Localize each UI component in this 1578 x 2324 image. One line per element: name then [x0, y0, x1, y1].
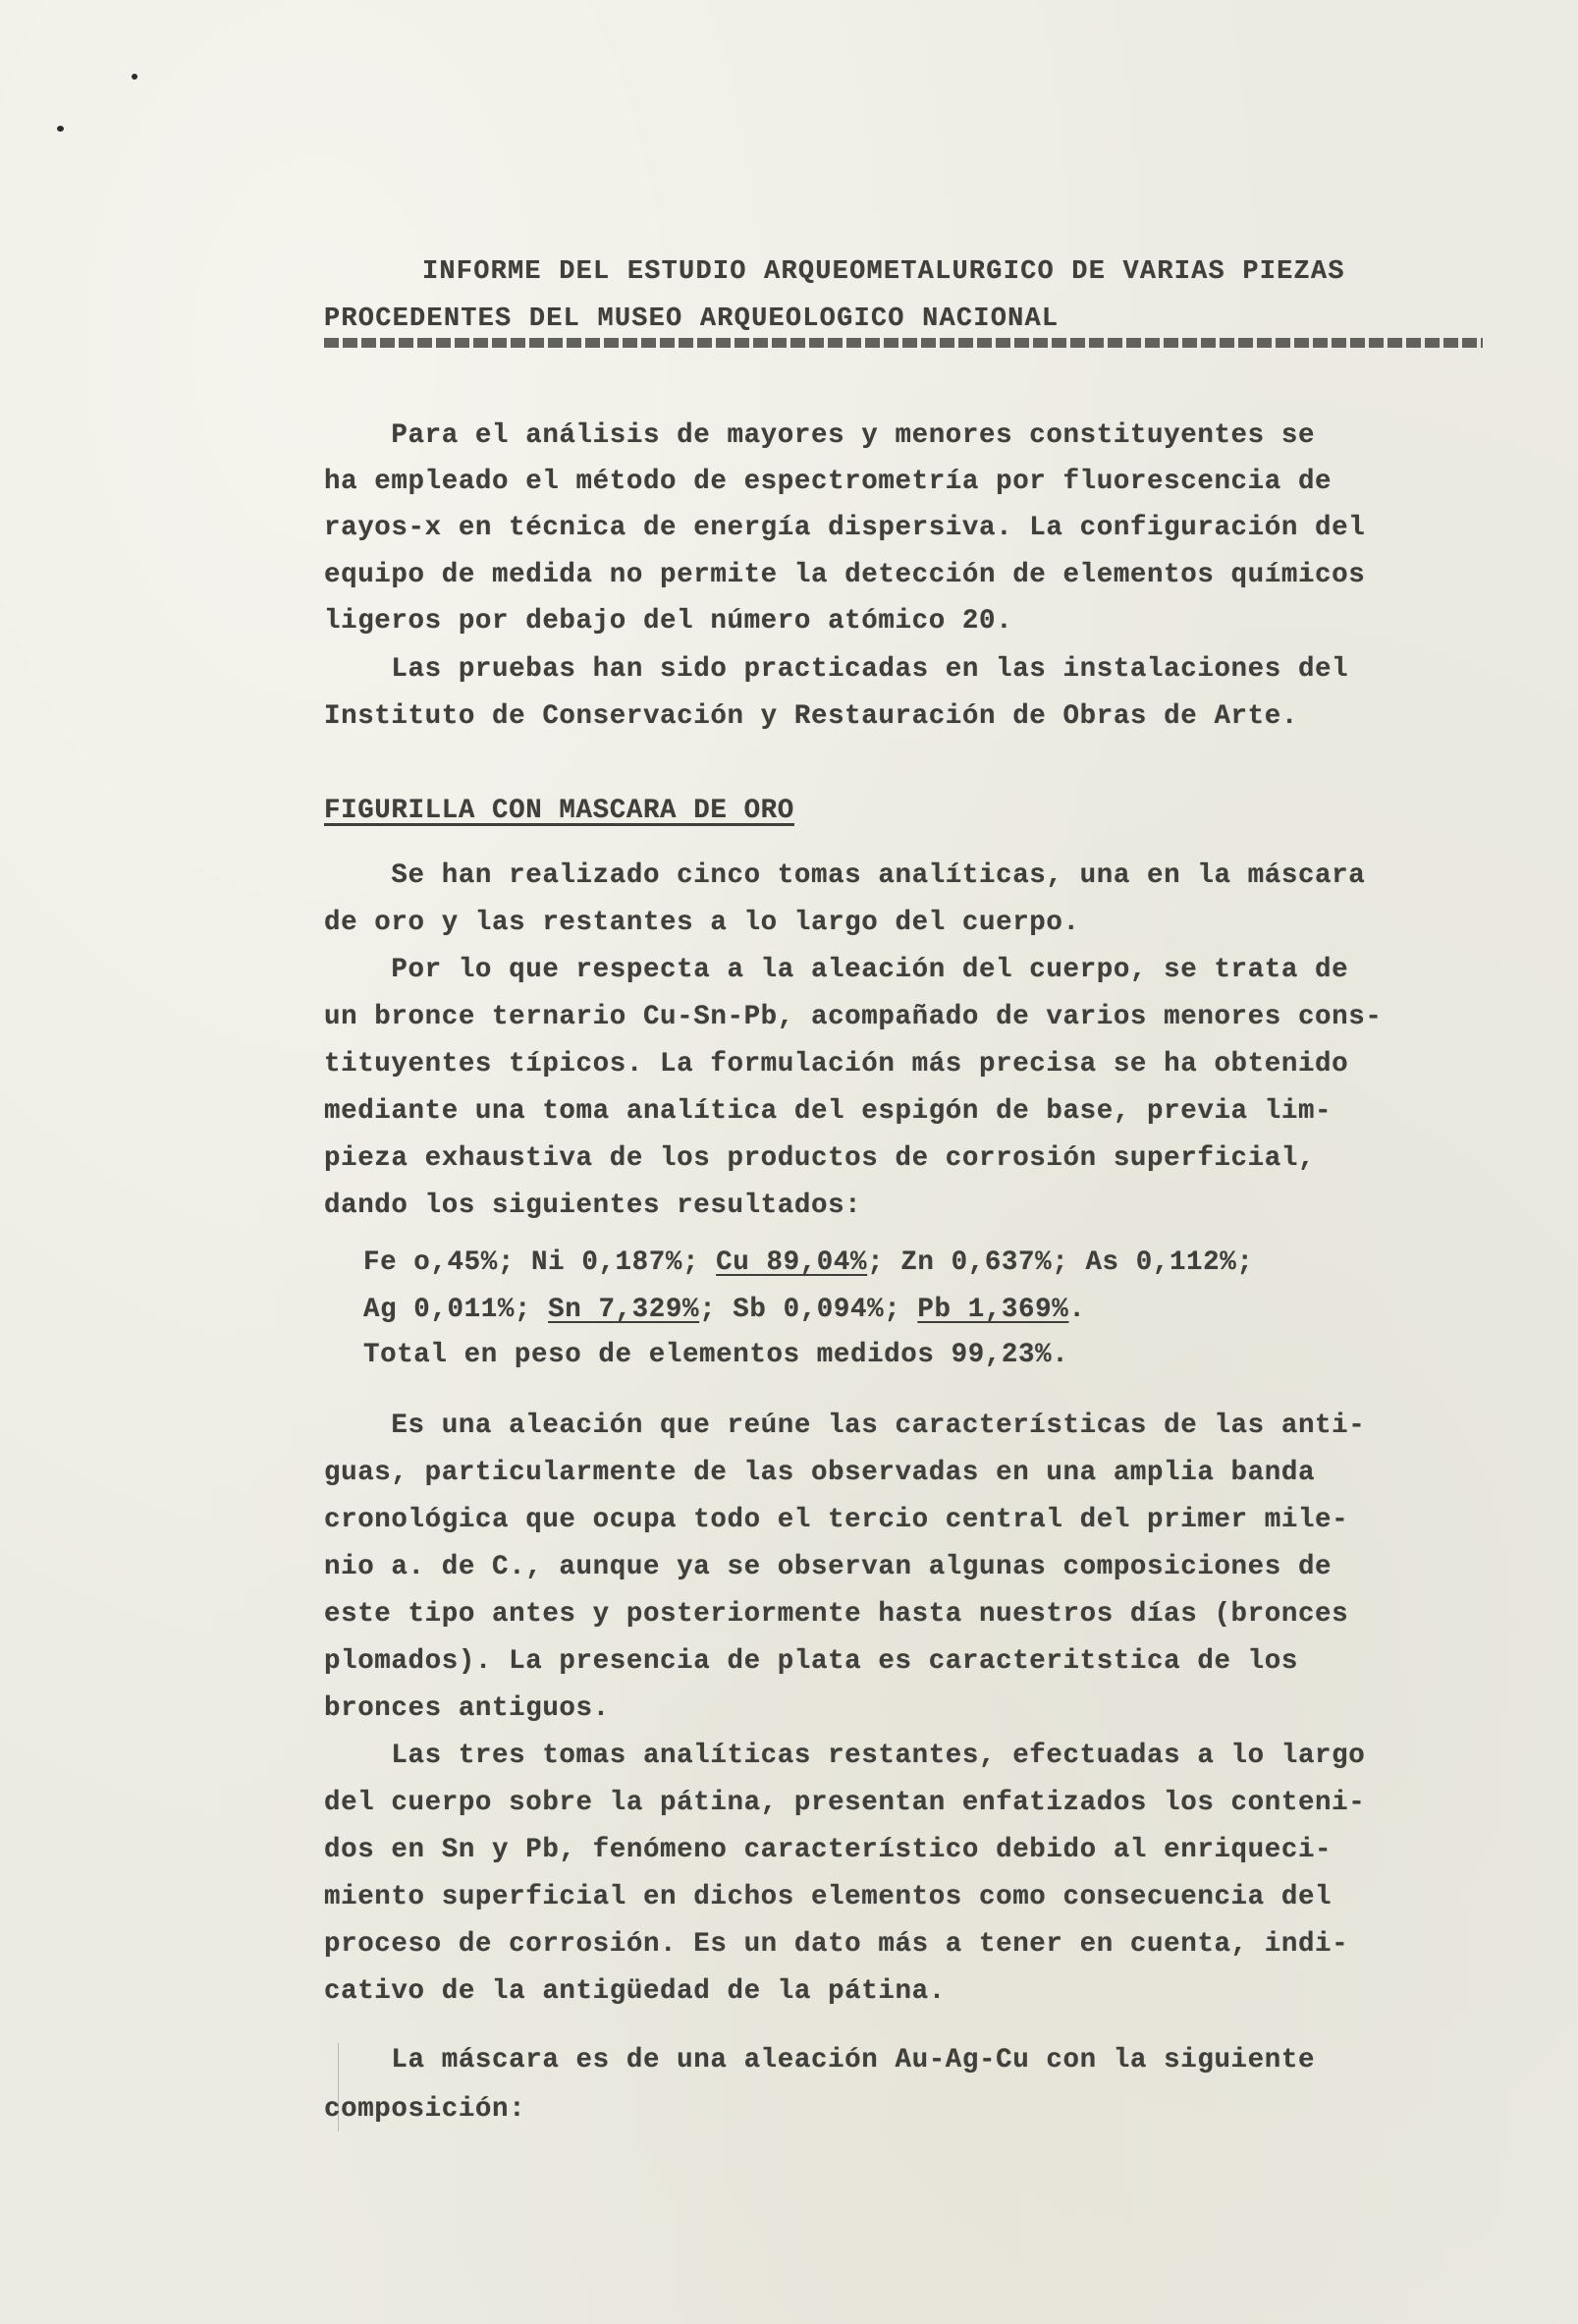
text-line: miento superficial en dichos elementos c…: [324, 1882, 1332, 1912]
document-title-line-1: INFORME DEL ESTUDIO ARQUEOMETALURGICO DE…: [422, 257, 1345, 287]
paper-speck: [57, 126, 64, 132]
text-line: de oro y las restantes a lo largo del cu…: [324, 908, 1080, 938]
paper-speck: [132, 74, 137, 80]
text-line: tituyentes típicos. La formulación más p…: [324, 1049, 1348, 1079]
typewritten-page: INFORME DEL ESTUDIO ARQUEOMETALURGICO DE…: [0, 0, 1578, 2324]
results-row-2: Ag 0,011%; Sn 7,329%; Sb 0,094%; Pb 1,36…: [363, 1295, 1085, 1325]
document-title-line-2: PROCEDENTES DEL MUSEO ARQUEOLOGICO NACIO…: [324, 304, 1059, 334]
text-line: composición:: [324, 2094, 525, 2125]
text-line: pieza exhaustiva de los productos de cor…: [324, 1143, 1315, 1174]
text-line: un bronce ternario Cu-Sn-Pb, acompañado …: [324, 1002, 1382, 1032]
text-line: cronológica que ocupa todo el tercio cen…: [324, 1505, 1348, 1535]
result-fe: Fe o,45%: [363, 1247, 498, 1278]
result-ag: Ag 0,011%;: [363, 1295, 548, 1325]
text-line: Las tres tomas analíticas restantes, efe…: [324, 1741, 1365, 1771]
text-line: del cuerpo sobre la pátina, presentan en…: [324, 1788, 1365, 1818]
results-total: Total en peso de elementos medidos 99,23…: [363, 1340, 1068, 1370]
result-sb: ; Sb 0,094%;: [699, 1295, 917, 1325]
text-line: rayos-x en técnica de energía dispersiva…: [324, 513, 1365, 543]
result-zn-as: ; Zn 0,637%; As 0,112%;: [867, 1247, 1253, 1278]
results-row-1: Fe o,45%; Ni 0,187%; Cu 89,04%; Zn 0,637…: [363, 1247, 1253, 1278]
text-line: dos en Sn y Pb, fenómeno característico …: [324, 1835, 1332, 1865]
result-pb: Pb 1,369%: [917, 1295, 1068, 1325]
text-line: proceso de corrosión. Es un dato más a t…: [324, 1929, 1348, 1960]
text-line: equipo de medida no permite la detección…: [324, 560, 1365, 590]
text-line: Las pruebas han sido practicadas en las …: [324, 654, 1348, 685]
text-line: Para el análisis de mayores y menores co…: [324, 420, 1315, 451]
text-line: ha empleado el método de espectrometría …: [324, 467, 1332, 497]
text-line: Se han realizado cinco tomas analíticas,…: [324, 860, 1365, 891]
text-line: este tipo antes y posteriormente hasta n…: [324, 1599, 1348, 1630]
text-line: cativo de la antigüedad de la pátina.: [324, 1976, 946, 2007]
text-line: nio a. de C., aunque ya se observan algu…: [324, 1552, 1332, 1582]
text-line: ligeros por debajo del número atómico 20…: [324, 606, 1012, 636]
title-double-rule: [324, 339, 1483, 348]
text-line: Instituto de Conservación y Restauración…: [324, 701, 1298, 732]
text-line: bronces antiguos.: [324, 1693, 610, 1724]
text-line: guas, particularmente de las observadas …: [324, 1458, 1315, 1488]
text-line: mediante una toma analítica del espigón …: [324, 1096, 1332, 1127]
result-sn: Sn 7,329%: [548, 1295, 699, 1325]
text-line: La máscara es de una aleación Au-Ag-Cu c…: [324, 2045, 1315, 2075]
section-heading: FIGURILLA CON MASCARA DE ORO: [324, 796, 794, 826]
text-line: Es una aleación que reúne las caracterís…: [324, 1411, 1365, 1441]
result-cu: Cu 89,04%: [716, 1247, 867, 1278]
text-line: plomados). La presencia de plata es cara…: [324, 1646, 1298, 1677]
result-end: .: [1068, 1295, 1085, 1325]
text-line: dando los siguientes resultados:: [324, 1190, 861, 1221]
result-ni: ; Ni 0,187%;: [498, 1247, 716, 1278]
text-line: Por lo que respecta a la aleación del cu…: [324, 955, 1348, 985]
